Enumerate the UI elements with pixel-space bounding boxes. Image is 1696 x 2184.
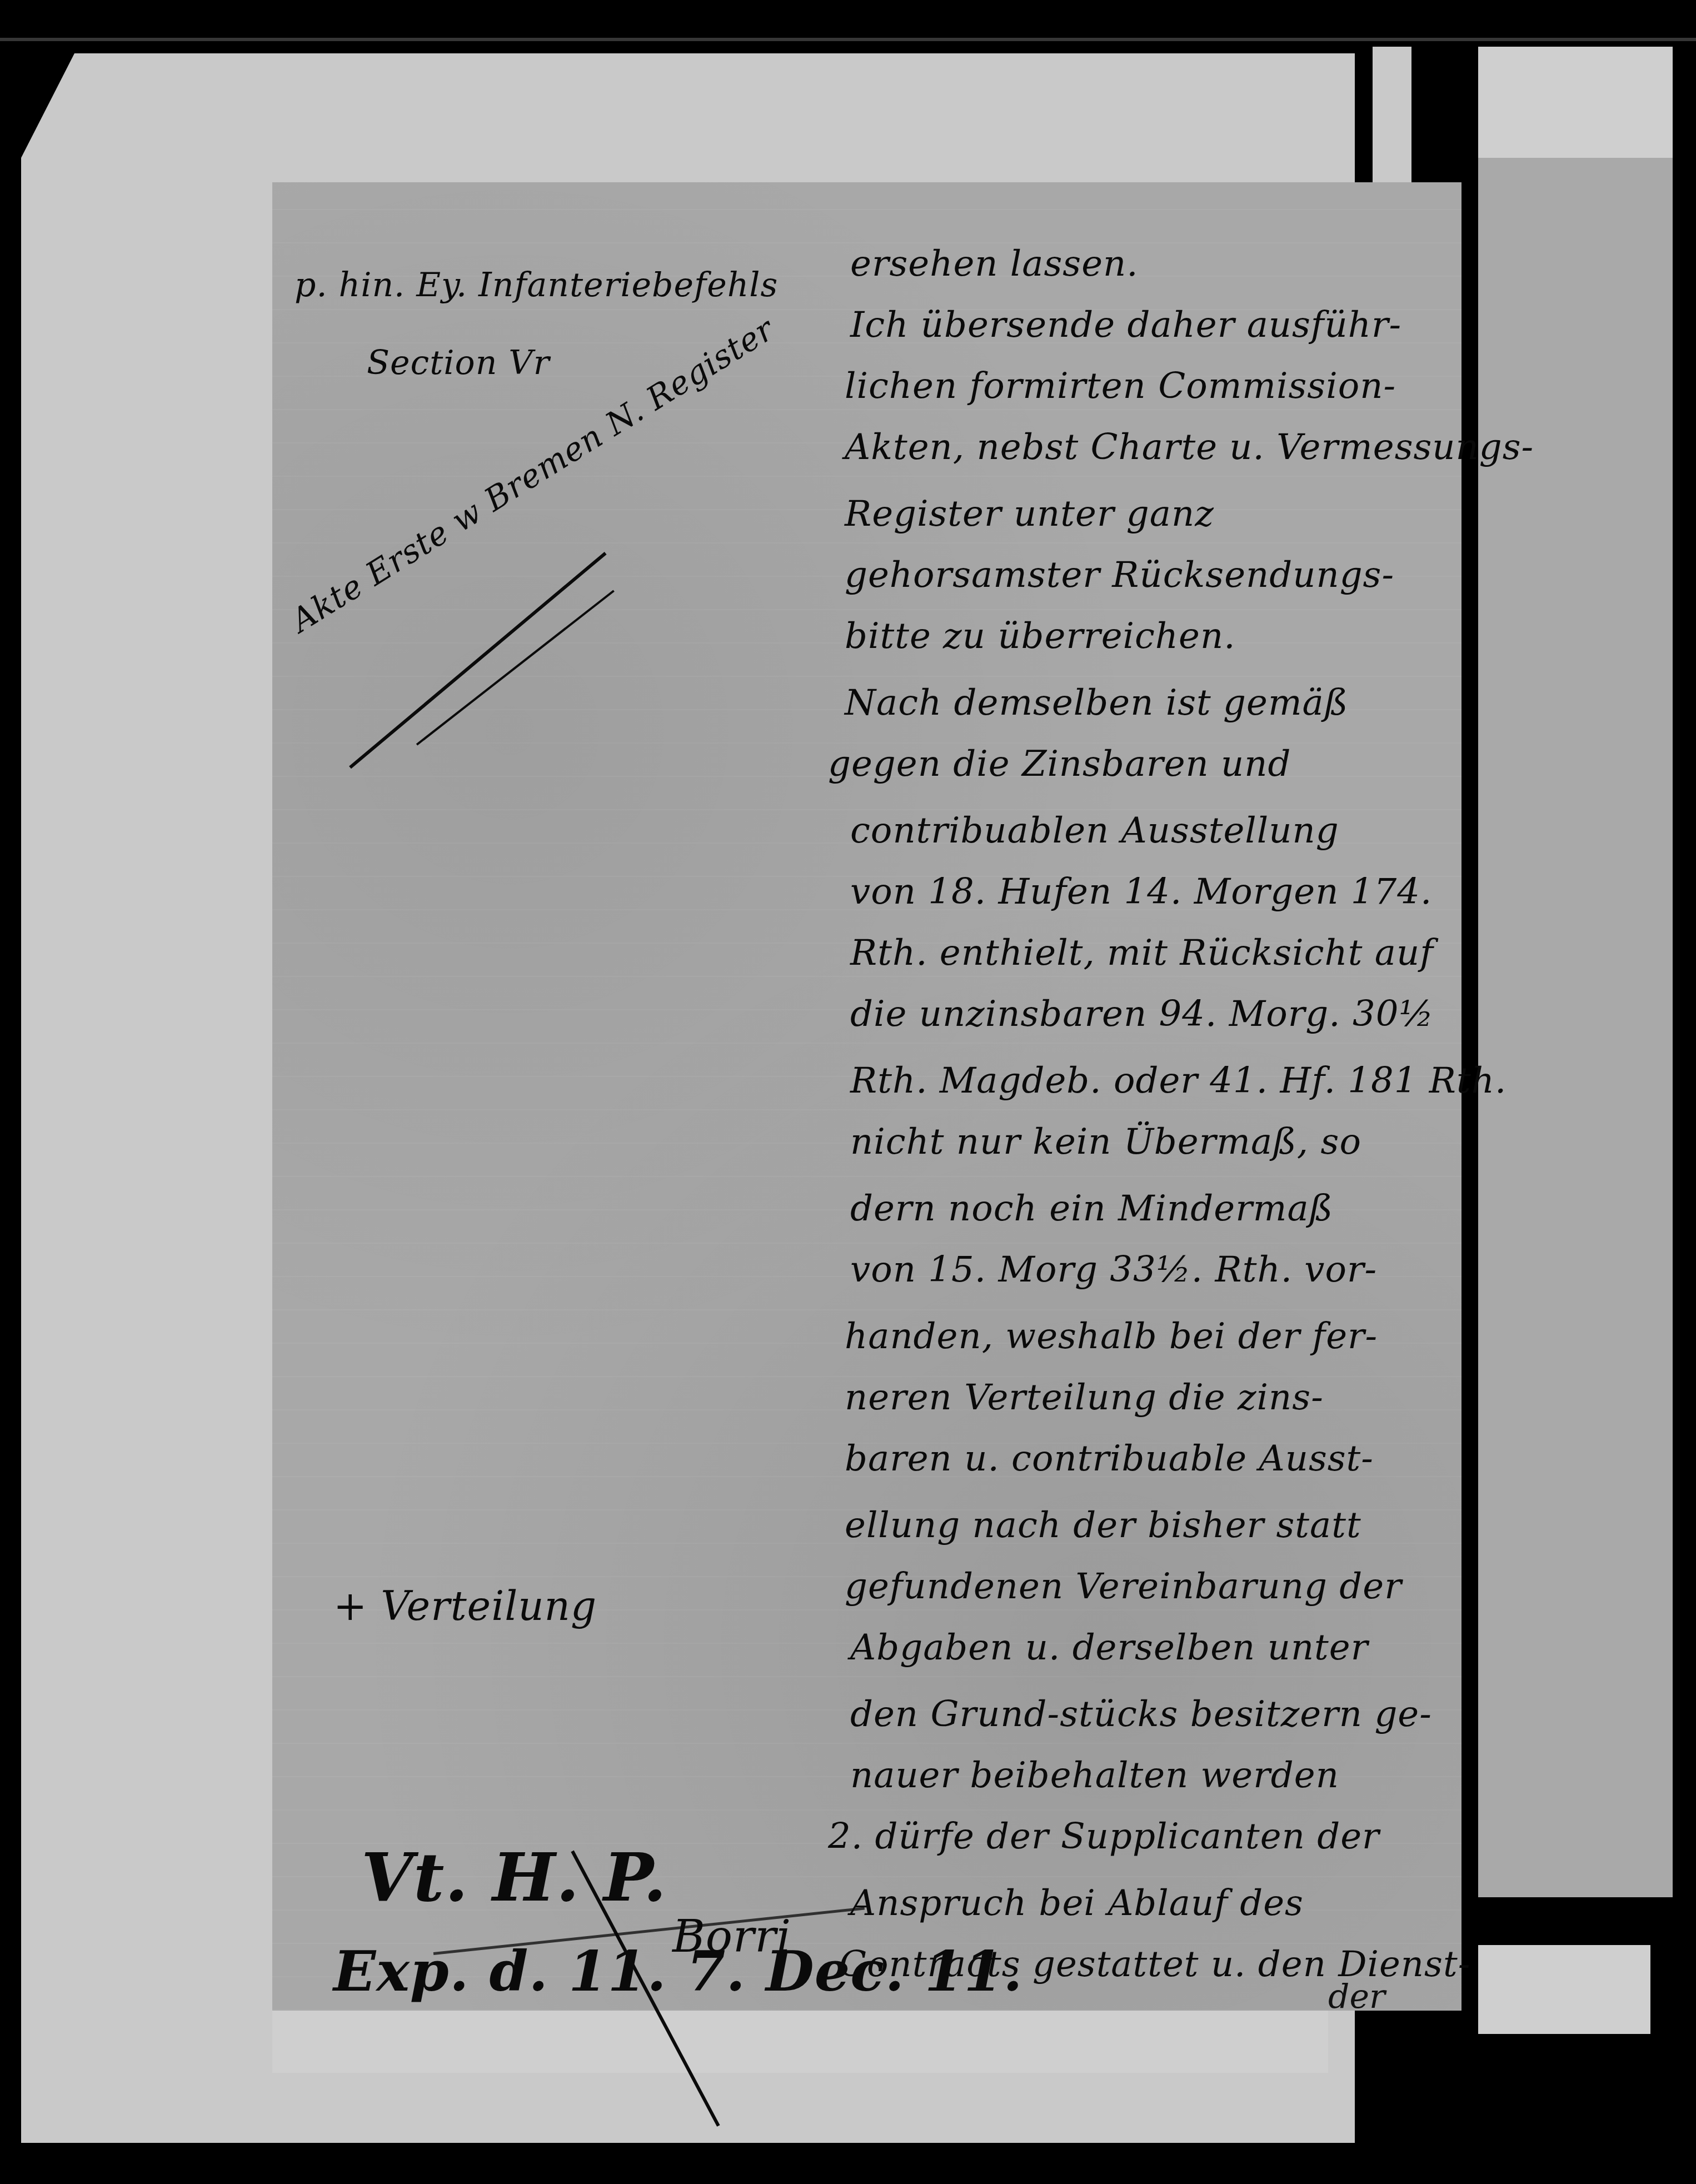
text-line: den Grund-stücks besitzern ge- [850, 1694, 1432, 1735]
text-line: ellung nach der bisher statt [845, 1505, 1361, 1546]
text-line: Rth. enthielt, mit Rücksicht auf [850, 933, 1434, 974]
adjacent-page-strip-bottom [1478, 1945, 1650, 2034]
text-line: contribuablen Ausstellung [850, 810, 1339, 851]
text-line: nauer beibehalten werden [850, 1755, 1339, 1796]
text-line: Register unter ganz [845, 493, 1214, 535]
text-line: nicht nur kein Übermaß, so [850, 1121, 1361, 1163]
text-line: die unzinsbaren 94. Morg. 30½ [850, 994, 1434, 1035]
text-line: ersehen lassen. [850, 243, 1139, 285]
text-line: Rth. Magdeb. oder 41. Hf. 181 Rth. [850, 1060, 1507, 1101]
scan-border-rule [0, 38, 1696, 41]
text-line: von 18. Hufen 14. Morgen 174. [850, 871, 1432, 913]
pen-stroke [416, 590, 615, 745]
text-line: Ich übersende daher ausführ- [850, 305, 1401, 346]
catchword: der [1328, 1977, 1385, 2016]
margin-note-cross: + Verteilung [333, 1583, 597, 1629]
text-line: neren Verteilung die zins- [845, 1377, 1324, 1418]
text-line: gehorsamster Rücksendungs- [845, 555, 1394, 596]
adjacent-page-strip [1478, 47, 1673, 1897]
text-line: Akten, nebst Charte u. Vermessungs- [845, 427, 1534, 468]
sheet-bottom-margin [272, 2006, 1328, 2073]
text-line: baren u. contribuable Ausst- [845, 1438, 1374, 1479]
text-line: 2. dürfe der Supplicanten der [828, 1816, 1380, 1857]
text-line: Abgaben u. derselben unter [850, 1627, 1368, 1668]
text-line: Anspruch bei Ablauf des [850, 1883, 1304, 1924]
text-line: lichen formirten Commission- [845, 366, 1396, 407]
text-line: von 15. Morg 33½. Rth. vor- [850, 1249, 1377, 1290]
margin-note-line-1: p. hin. Ey. Infanteriebefehls [295, 266, 778, 305]
manuscript-page: p. hin. Ey. Infanteriebefehls Section Vr… [272, 182, 1461, 2011]
text-line: Nach demselben ist gemäß [845, 682, 1349, 724]
text-line: gefundenen Vereinbarung der [845, 1566, 1402, 1607]
text-line: handen, weshalb bei der fer- [845, 1316, 1378, 1357]
folded-strip [1373, 47, 1411, 191]
text-line: bitte zu überreichen. [845, 616, 1235, 657]
text-line: dern noch ein Mindermaß [850, 1188, 1333, 1229]
signature-line-1: Vt. H. P. [361, 1838, 667, 1917]
text-line: gegen die Zinsbaren und [828, 744, 1291, 785]
margin-note-line-2: Section Vr [367, 343, 550, 382]
